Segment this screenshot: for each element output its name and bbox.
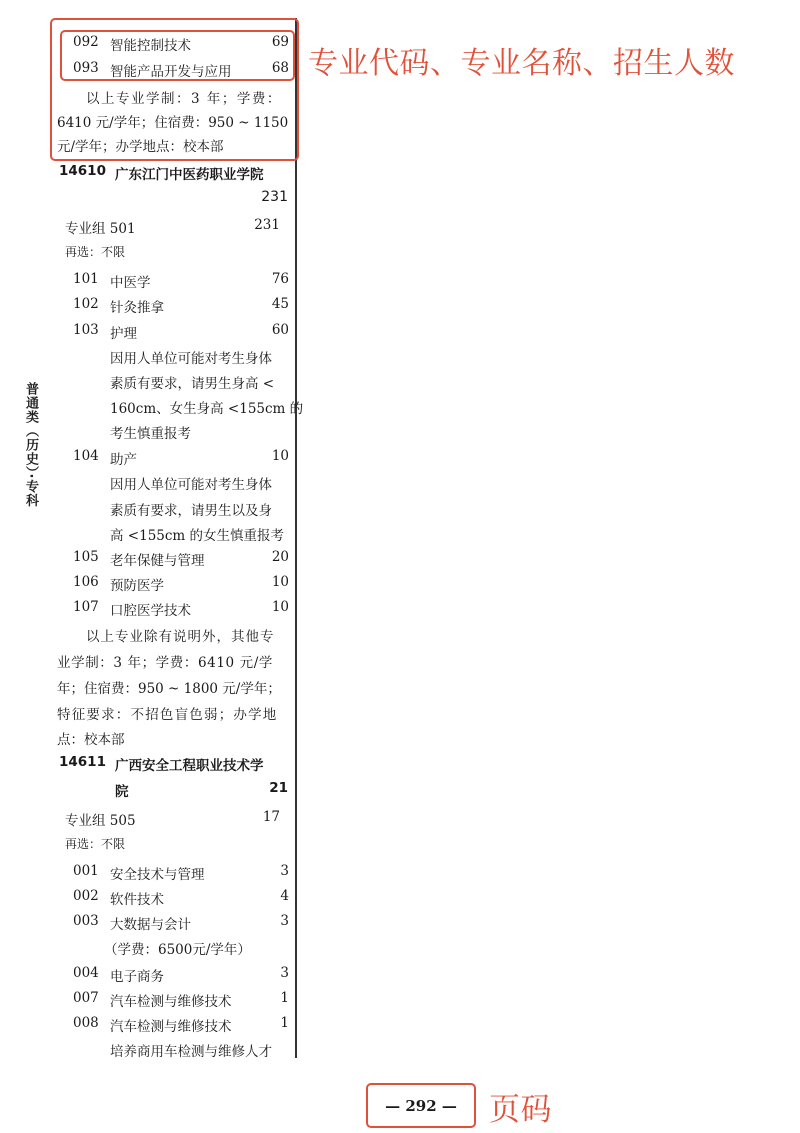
major-count: 3 [280, 965, 289, 981]
major-code: 101 [73, 271, 99, 287]
major-row: 003 大数据与会计 3 [0, 913, 800, 937]
major-name: 护理 [110, 322, 137, 342]
major-code: 102 [73, 296, 99, 312]
major-count: 45 [272, 296, 289, 312]
major-name: 预防医学 [110, 574, 164, 594]
major-note-line: 素质有要求，请男生身高 < [110, 372, 274, 392]
major-row: 001 安全技术与管理 3 [0, 863, 800, 887]
major-count: 69 [272, 34, 289, 50]
major-name: 软件技术 [110, 888, 164, 908]
major-note-line: 素质有要求，请男生以及身 [110, 499, 272, 519]
note-line: 元/学年；办学地点：校本部 [57, 135, 224, 155]
major-note-line: 160cm、女生身高 <155cm 的 [110, 397, 303, 417]
major-note-line: （学费：6500元/学年） [104, 938, 251, 958]
major-note-line: 因用人单位可能对考生身体 [110, 347, 272, 367]
major-count: 1 [280, 1015, 289, 1031]
major-row: 101 中医学 76 [0, 271, 800, 295]
major-code: 105 [73, 549, 99, 565]
major-row: 107 口腔医学技术 10 [0, 599, 800, 623]
major-name: 汽车检测与维修技术 [110, 1015, 232, 1035]
school-name: 广西安全工程职业技术学 [115, 754, 264, 774]
major-name: 助产 [110, 448, 137, 468]
major-count: 10 [272, 448, 289, 464]
major-name: 中医学 [110, 271, 151, 291]
major-code: 002 [73, 888, 99, 904]
major-count: 1 [280, 990, 289, 1006]
major-code: 004 [73, 965, 99, 981]
major-note-line: 考生慎重报考 [110, 422, 191, 442]
group-count: 17 [263, 809, 280, 825]
major-note-line: 高 <155cm 的女生慎重报考 [110, 524, 284, 544]
major-name: 智能控制技术 [110, 34, 191, 54]
reselect-requirement: 再选：不限 [65, 243, 125, 260]
major-note-line: 培养商用车检测与维修人才 [110, 1040, 272, 1060]
major-name: 针灸推拿 [110, 296, 164, 316]
major-name: 老年保健与管理 [110, 549, 205, 569]
major-name: 大数据与会计 [110, 913, 191, 933]
major-row: 102 针灸推拿 45 [0, 296, 800, 320]
school-header: 14610 广东江门中医药职业学院 [0, 163, 800, 187]
major-code: 107 [73, 599, 99, 615]
major-code: 104 [73, 448, 99, 464]
annotation-major-fields: 专业代码、专业名称、招生人数 [308, 38, 735, 82]
major-name: 口腔医学技术 [110, 599, 191, 619]
school-note-line: 以上专业除有说明外，其他专 [86, 625, 275, 645]
school-code: 14611 [59, 754, 106, 770]
reselect-requirement: 再选：不限 [65, 835, 125, 852]
note-line: 以上专业学制：3 年；学费： [86, 87, 282, 107]
page-number: — 292 — [366, 1083, 476, 1128]
major-name: 智能产品开发与应用 [110, 60, 232, 80]
school-note-line: 年；住宿费：950 ~ 1800 元/学年； [57, 677, 281, 697]
major-count: 3 [280, 863, 289, 879]
major-code: 092 [73, 34, 99, 50]
major-row: 106 预防医学 10 [0, 574, 800, 598]
annotation-page-number: 页码 [489, 1084, 552, 1129]
major-count: 4 [280, 888, 289, 904]
major-code: 093 [73, 60, 99, 76]
major-count: 3 [280, 913, 289, 929]
note-line: 6410 元/学年；住宿费：950 ~ 1150 [57, 111, 288, 131]
major-code: 007 [73, 990, 99, 1006]
major-row: 104 助产 10 [0, 448, 800, 472]
major-row: 004 电子商务 3 [0, 965, 800, 989]
major-count: 68 [272, 60, 289, 76]
major-row: 103 护理 60 [0, 322, 800, 346]
major-code: 103 [73, 322, 99, 338]
major-code: 008 [73, 1015, 99, 1031]
group-count: 231 [254, 217, 280, 233]
school-code: 14610 [59, 163, 106, 179]
major-count: 20 [272, 549, 289, 565]
major-name: 汽车检测与维修技术 [110, 990, 232, 1010]
major-count: 60 [272, 322, 289, 338]
school-name-continued: 院 [115, 780, 129, 800]
group-label: 专业组 505 [65, 809, 136, 829]
major-note-line: 因用人单位可能对考生身体 [110, 473, 272, 493]
major-code: 003 [73, 913, 99, 929]
major-row: 008 汽车检测与维修技术 1 [0, 1015, 800, 1039]
major-name: 安全技术与管理 [110, 863, 205, 883]
group-label: 专业组 501 [65, 217, 136, 237]
major-row: 105 老年保健与管理 20 [0, 549, 800, 573]
major-name: 电子商务 [110, 965, 164, 985]
school-total: 21 [269, 780, 288, 796]
school-note-line: 点：校本部 [57, 728, 125, 748]
major-count: 10 [272, 599, 289, 615]
major-row: 007 汽车检测与维修技术 1 [0, 990, 800, 1014]
major-count: 10 [272, 574, 289, 590]
school-note-line: 特征要求：不招色盲色弱；办学地 [57, 703, 278, 723]
school-header: 14611 广西安全工程职业技术学 [0, 754, 800, 778]
major-code: 001 [73, 863, 99, 879]
major-row: 002 软件技术 4 [0, 888, 800, 912]
major-code: 106 [73, 574, 99, 590]
school-name: 广东江门中医药职业学院 [115, 163, 264, 183]
school-note-line: 业学制：3 年；学费：6410 元/学 [57, 651, 273, 671]
major-count: 76 [272, 271, 289, 287]
school-total: 231 [261, 189, 288, 205]
